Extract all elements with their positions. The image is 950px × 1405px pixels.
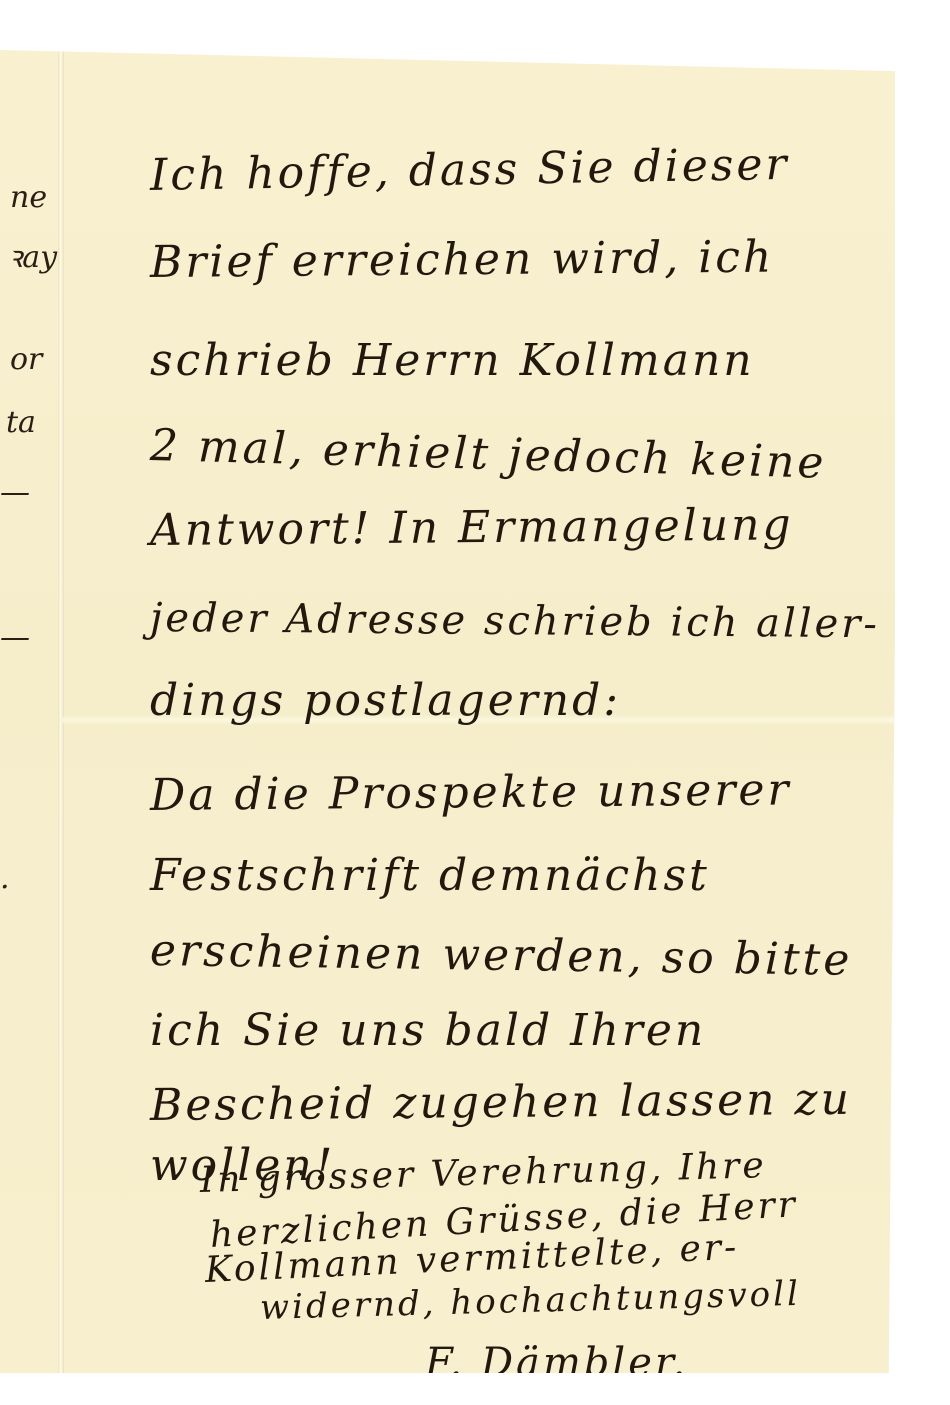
letter-line: jeder Adresse schrieb ich aller- (150, 595, 880, 647)
left-fragment: ꝛay (8, 235, 57, 276)
letter-line: Bescheid zugehen lassen zu (150, 1074, 852, 1131)
letter-line: Ich hoffe, dass Sie dieser (150, 139, 790, 201)
letter-line: Antwort! In Ermangelung (150, 499, 794, 556)
letter-body: Ich hoffe, dass Sie dieser Brief erreich… (150, 50, 895, 1373)
left-page-fragment: ne ꝛay or ta — — · (0, 50, 62, 1373)
letter-line: 2 mal, erhielt jedoch keine (149, 420, 827, 489)
letter-line: Brief erreichen wird, ich (150, 232, 775, 288)
letter-line: dings postlagernd: (150, 675, 621, 726)
letter-line: ich Sie uns bald Ihren (150, 1005, 706, 1056)
left-fragment: ne (10, 180, 47, 215)
left-fragment: ta (6, 405, 36, 440)
letter-paper: ne ꝛay or ta — — · Ich hoffe, dass Sie d… (0, 50, 895, 1373)
letter-line: schrieb Herrn Kollmann (150, 335, 755, 386)
left-fragment: — (0, 475, 30, 510)
left-fragment: or (10, 342, 42, 377)
left-fragment: · (0, 870, 10, 905)
letter-line: erscheinen werden, so bitte (150, 925, 853, 986)
letter-line: Da die Prospekte unserer (150, 764, 792, 821)
signature: F. Dämbler. (425, 1340, 688, 1386)
left-fragment: — (0, 620, 30, 655)
vertical-fold (58, 50, 64, 1373)
letter-line: Festschrift demnächst (150, 850, 710, 901)
